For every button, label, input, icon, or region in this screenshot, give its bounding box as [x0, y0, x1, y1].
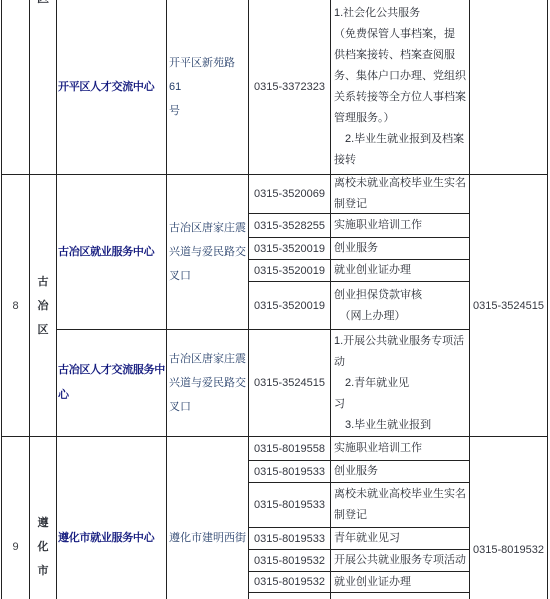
service-phone-cell: 0315-8019533 [249, 483, 331, 528]
service-phone-cell: 0315-8019532 [249, 572, 331, 593]
service-phone-cell: 0315-3520019 [249, 238, 331, 260]
center-name-cell: 古冶区就业服务中心 [57, 175, 167, 330]
service-desc-cell: 就业创业证办理 [331, 572, 470, 593]
main-phone-cell: 0315-8019532 [470, 437, 548, 599]
service-desc-cell: 离校未就业高校毕业生实名 制登记 [331, 483, 470, 528]
service-phone-cell: 0315-3372323 [249, 0, 331, 175]
main-phone-cell [470, 0, 548, 175]
district-cell: 遵化市 [30, 437, 57, 599]
address-cell: 遵化市建明西街 [167, 437, 249, 599]
center-name-cell: 开平区人才交流中心 [57, 0, 167, 175]
service-phone-cell: 0315-8019533 [249, 461, 331, 483]
service-desc-cell: 青年就业见习 [331, 528, 470, 550]
service-centers-table: 区 开平区人才交流中心 开平区新苑路61 号 0315-3372323 1.社会… [1, 0, 548, 599]
district-vertical-text: 古冶区 [37, 270, 50, 342]
service-desc-cell [331, 593, 470, 599]
service-phone-cell: 0315-3524515 [249, 330, 331, 437]
district-cell: 古冶区 [30, 175, 57, 437]
service-phone-cell: 0315-8019558 [249, 437, 331, 461]
district-cell: 区 [30, 0, 57, 175]
service-desc-cell: 1.开展公共就业服务专项活 动 2.青年就业见 习 3.毕业生就业报到 [331, 330, 470, 437]
main-phone-cell: 0315-3524515 [470, 175, 548, 437]
service-phone-cell: 0315-3520019 [249, 260, 331, 282]
service-desc-cell: 创业服务 [331, 238, 470, 260]
address-cell: 开平区新苑路61 号 [167, 0, 249, 175]
service-phone-cell: 0315-3528255 [249, 214, 331, 238]
service-desc-cell: 创业担保贷款审核 （网上办理） [331, 282, 470, 330]
center-name-cell: 遵化市就业服务中心 [57, 437, 167, 599]
service-phone-cell: 0315-8019533 [249, 528, 331, 550]
district-partial-char: 区 [37, 0, 49, 5]
service-phone-cell [249, 593, 331, 599]
row-number-cell: 8 [1, 175, 30, 437]
row-number-cell [1, 0, 30, 175]
page: 区 开平区人才交流中心 开平区新苑路61 号 0315-3372323 1.社会… [0, 0, 550, 599]
address-cell: 古冶区唐家庄震 兴道与爱民路交 叉口 [167, 330, 249, 437]
service-desc-cell: 就业创业证办理 [331, 260, 470, 282]
service-phone-cell: 0315-3520069 [249, 175, 331, 214]
service-phone-cell: 0315-8019532 [249, 550, 331, 572]
address-cell: 古冶区唐家庄震 兴道与爱民路交 叉口 [167, 175, 249, 330]
service-desc-cell: 创业服务 [331, 461, 470, 483]
center-name-cell: 古冶区人才交流服务中 心 [57, 330, 167, 437]
service-desc-cell: 实施职业培训工作 [331, 214, 470, 238]
service-desc-cell: 1.社会化公共服务 （免费保管人事档案，提 供档案接转、档案查阅服 务、集体户口… [331, 0, 470, 175]
row-number-cell: 9 [1, 437, 30, 599]
service-phone-cell: 0315-3520019 [249, 282, 331, 330]
service-desc-cell: 实施职业培训工作 [331, 437, 470, 461]
service-desc-cell: 离校未就业高校毕业生实名 制登记 [331, 175, 470, 214]
service-desc-cell: 开展公共就业服务专项活动 [331, 550, 470, 572]
district-vertical-text: 遵化市 [37, 511, 50, 583]
